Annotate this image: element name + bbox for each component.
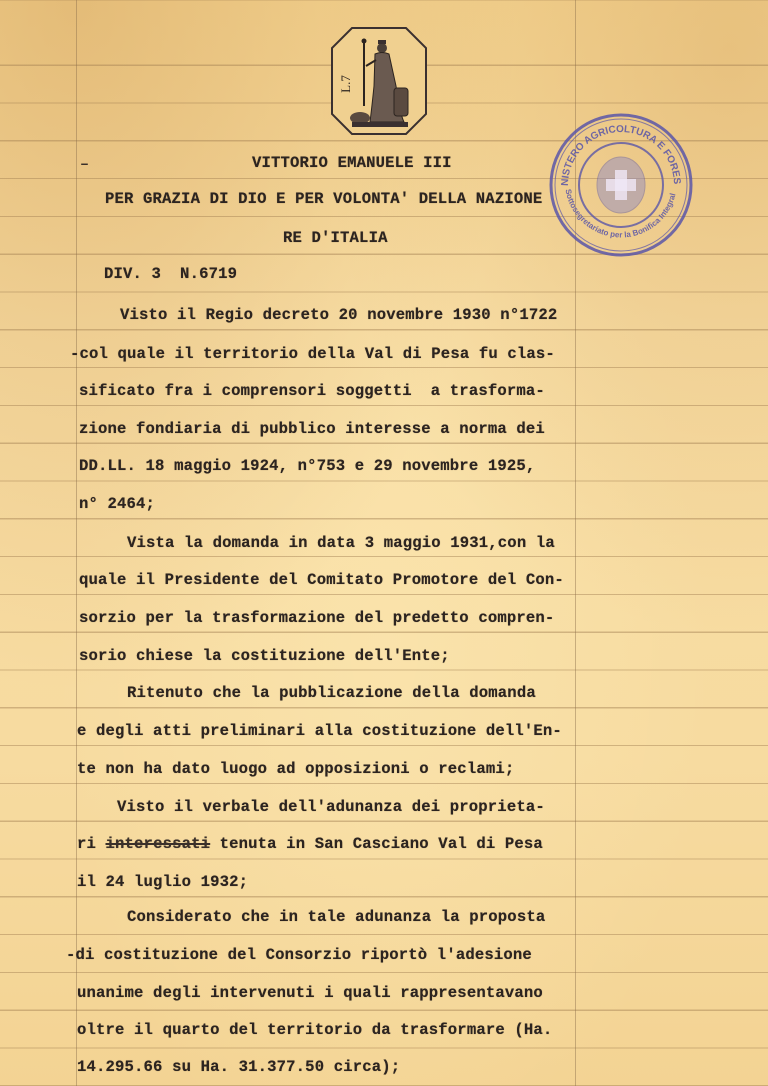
struck-word: interessati [106, 835, 211, 853]
margin-dash: – [80, 156, 89, 173]
paragraph-4-line-2: ri interessati tenuta in San Casciano Va… [77, 835, 543, 853]
paragraph-1-line-2: -col quale il territorio della Val di Pe… [70, 345, 555, 363]
paragraph-1-line-6: n° 2464; [79, 495, 155, 513]
paragraph-4-line-1: Visto il verbale dell'adunanza dei propr… [117, 798, 545, 816]
paragraph-5-line-2: -di costituzione del Consorzio riportò l… [66, 946, 532, 964]
emblem-label: L.7 [338, 75, 353, 93]
ministry-stamp-icon: MINISTERO AGRICOLTURA E FORESTE Sottoseg… [548, 112, 694, 258]
paragraph-3-line-2: e degli atti preliminari alla costituzio… [77, 722, 562, 740]
paragraph-1-line-5: DD.LL. 18 maggio 1924, n°753 e 29 novemb… [79, 457, 535, 475]
paragraph-5-line-5: 14.295.66 su Ha. 31.377.50 circa); [77, 1058, 400, 1076]
division-reference: DIV. 3 N.6719 [104, 265, 237, 283]
paragraph-2-line-1: Vista la domanda in data 3 maggio 1931,c… [127, 534, 555, 552]
paragraph-5-line-1: Considerato che in tale adunanza la prop… [127, 908, 545, 926]
paragraph-4-line-2-start: ri [77, 835, 106, 853]
italia-emblem-icon: L.7 [330, 26, 428, 136]
paragraph-4-line-3: il 24 luglio 1932; [77, 873, 248, 891]
paragraph-4-line-2-rest: tenuta in San Casciano Val di Pesa [210, 835, 543, 853]
paragraph-5-line-2-text: di costituzione del Consorzio riportò l'… [76, 946, 532, 964]
paragraph-5-line-4: oltre il quarto del territorio da trasfo… [77, 1021, 552, 1039]
royal-title: RE D'ITALIA [283, 229, 388, 247]
paragraph-3-line-1: Ritenuto che la pubblicazione della doma… [127, 684, 536, 702]
paragraph-5-line-3: unanime degli intervenuti i quali rappre… [77, 984, 543, 1002]
paragraph-1-line-3: sificato fra i comprensori soggetti a tr… [79, 382, 545, 400]
paragraph-2-line-3: sorzio per la trasformazione del predett… [79, 609, 554, 627]
paragraph-3-line-3: te non ha dato luogo ad opposizioni o re… [77, 760, 514, 778]
left-margin-line [76, 0, 77, 1086]
paragraph-1-line-4: zione fondiaria di pubblico interesse a … [79, 420, 545, 438]
paragraph-1-line-2-text: col quale il territorio della Val di Pes… [80, 345, 555, 363]
paragraph-2-line-4: sorio chiese la costituzione dell'Ente; [79, 647, 450, 665]
royal-formula: PER GRAZIA DI DIO E PER VOLONTA' DELLA N… [105, 190, 542, 208]
sovereign-name: VITTORIO EMANUELE III [252, 154, 452, 172]
paragraph-1-line-1: Visto il Regio decreto 20 novembre 1930 … [120, 306, 557, 324]
paragraph-2-line-2: quale il Presidente del Comitato Promoto… [79, 571, 564, 589]
